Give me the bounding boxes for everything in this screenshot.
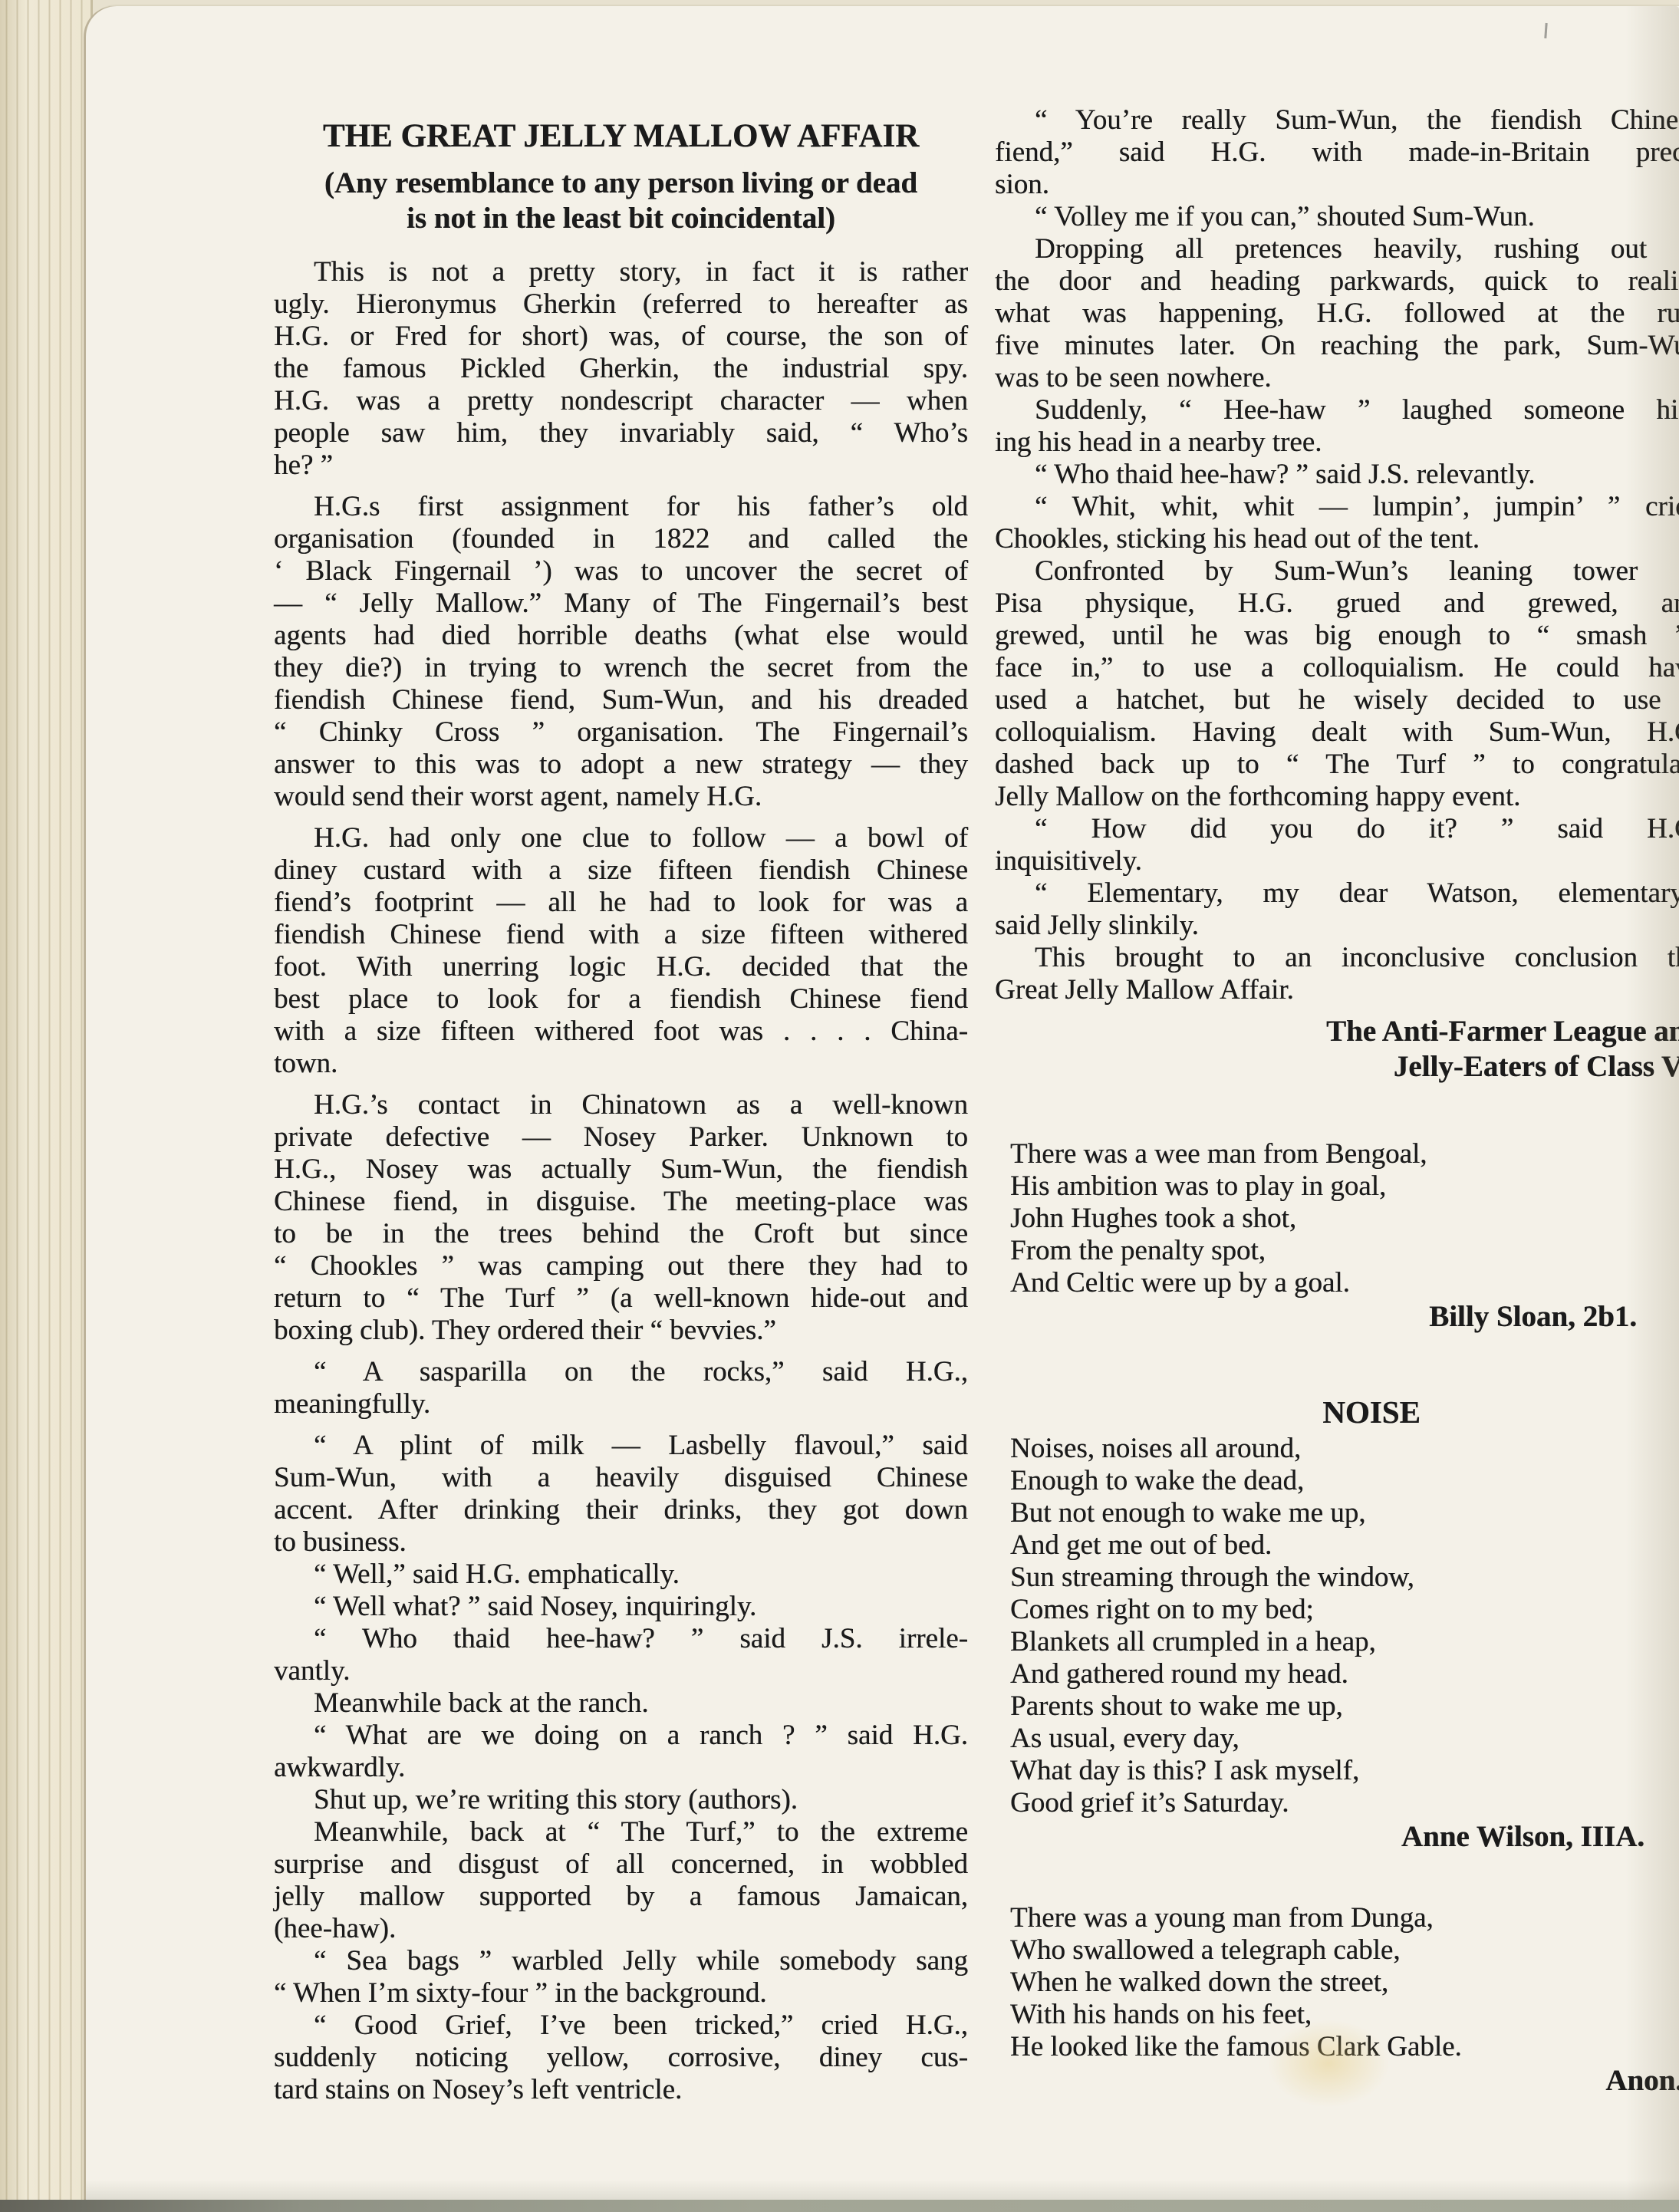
- text-line: would send their worst agent, namely H.G…: [274, 781, 968, 813]
- text-line: Confronted by Sum-Wun’s leaning tower of: [995, 555, 1679, 588]
- text-line: H.G. was a pretty nondescript character …: [274, 385, 968, 417]
- paragraph: Dropping all pretences heavily, rushing …: [995, 233, 1679, 394]
- story-text-right: “ You’re really Sum-Wun, the fiendish Ch…: [995, 104, 1679, 1006]
- text-line: “ Good Grief, I’ve been tricked,” cried …: [274, 2010, 968, 2042]
- poem-line: As usual, every day,: [995, 1723, 1679, 1755]
- text-line: Meanwhile back at the ranch.: [274, 1687, 968, 1720]
- text-line: he? ”: [274, 449, 968, 482]
- paragraph: “ Sea bags ” warbled Jelly while somebod…: [274, 1945, 968, 2010]
- text-line: “ What are we doing on a ranch ? ” said …: [274, 1720, 968, 1752]
- paragraph: H.G.s first assignment for his father’s …: [274, 491, 968, 813]
- text-line: five minutes later. On reaching the park…: [995, 330, 1679, 362]
- poem-line: Good grief it’s Saturday.: [995, 1787, 1679, 1819]
- paragraph: “ Who thaid hee-haw? ” said J.S. irrele-…: [274, 1623, 968, 1687]
- story-text-left: This is not a pretty story, in fact it i…: [274, 256, 968, 2106]
- text-line: This brought to an inconclusive conclusi…: [995, 942, 1679, 974]
- text-line: to business.: [274, 1526, 968, 1559]
- text-line: private defective — Nosey Parker. Unknow…: [274, 1121, 968, 1154]
- poem-line: Noises, noises all around,: [995, 1433, 1679, 1465]
- scan-artifact-mark: [1544, 23, 1547, 38]
- text-line: Great Jelly Mallow Affair.: [995, 974, 1679, 1006]
- text-line: best place to look for a fiendish Chines…: [274, 983, 968, 1015]
- poem-byline: Billy Sloan, 2b1.: [995, 1299, 1679, 1335]
- text-line: return to “ The Turf ” (a well-known hid…: [274, 1282, 968, 1315]
- text-line: fiend,” said H.G. with made-in-Britain p…: [995, 137, 1679, 169]
- poem-line: Enough to wake the dead,: [995, 1465, 1679, 1497]
- text-line: “ Who thaid hee-haw? ” said J.S. relevan…: [995, 459, 1679, 491]
- poem-line: From the penalty spot,: [995, 1235, 1679, 1267]
- text-line: “ Chookles ” was camping out there they …: [274, 1250, 968, 1282]
- paragraph: Suddenly, “ Hee-haw ” laughed someone hi…: [995, 394, 1679, 459]
- text-line: “ Well,” said H.G. emphatically.: [274, 1559, 968, 1591]
- text-line: “ Elementary, my dear Watson, elementary…: [995, 877, 1679, 910]
- paragraph: “ How did you do it? ” said H.G.inquisit…: [995, 813, 1679, 877]
- poem-line: There was a wee man from Bengoal,: [995, 1138, 1679, 1170]
- story-byline: The Anti-Farmer League andJelly-Eaters o…: [995, 1014, 1679, 1085]
- poem-line: But not enough to wake me up,: [995, 1497, 1679, 1529]
- paragraph: “ Whit, whit, whit — lumpin’, jumpin’ ” …: [995, 491, 1679, 555]
- text-line: “ Volley me if you can,” shouted Sum-Wun…: [995, 201, 1679, 233]
- text-line: said Jelly slinkily.: [995, 910, 1679, 942]
- poem-byline: Anon.: [995, 2063, 1679, 2098]
- text-line: “ A plint of milk — Lasbelly flavoul,” s…: [274, 1430, 968, 1462]
- text-line: Sum-Wun, with a heavily disguised Chines…: [274, 1462, 968, 1494]
- paragraph: “ You’re really Sum-Wun, the fiendish Ch…: [995, 104, 1679, 201]
- poem-lines: There was a young man from Dunga,Who swa…: [995, 1902, 1679, 2063]
- left-column: THE GREAT JELLY MALLOW AFFAIR (Any resem…: [274, 118, 968, 2106]
- text-line: Shut up, we’re writing this story (autho…: [274, 1784, 968, 1816]
- text-line: what was happening, H.G. followed at the…: [995, 298, 1679, 330]
- story-title: THE GREAT JELLY MALLOW AFFAIR: [274, 118, 968, 155]
- poem-line: Who swallowed a telegraph cable,: [995, 1934, 1679, 1967]
- paragraph: “ Well,” said H.G. emphatically.: [274, 1559, 968, 1591]
- paragraph: “ Well what? ” said Nosey, inquiringly.: [274, 1591, 968, 1623]
- text-line: dashed back up to “ The Turf ” to congra…: [995, 749, 1679, 781]
- subtitle-line: (Any resemblance to any person living or…: [274, 166, 968, 201]
- text-line: H.G.s first assignment for his father’s …: [274, 491, 968, 523]
- text-line: people saw him, they invariably said, “ …: [274, 417, 968, 449]
- text-line: “ Who thaid hee-haw? ” said J.S. irrele-: [274, 1623, 968, 1655]
- text-line: tard stains on Nosey’s left ventricle.: [274, 2074, 968, 2106]
- text-line: surprise and disgust of all concerned, i…: [274, 1848, 968, 1881]
- text-line: they die?) in trying to wrench the secre…: [274, 652, 968, 684]
- text-line: town.: [274, 1048, 968, 1080]
- text-line: with a size fifteen withered foot was . …: [274, 1015, 968, 1048]
- text-line: fiend’s footprint — all he had to look f…: [274, 887, 968, 919]
- poem-line: There was a young man from Dunga,: [995, 1902, 1679, 1934]
- text-line: face in,” to use a colloquialism. He cou…: [995, 652, 1679, 684]
- text-line: ing his head in a nearby tree.: [995, 426, 1679, 459]
- paragraph: “ What are we doing on a ranch ? ” said …: [274, 1720, 968, 1784]
- text-line: H.G., Nosey was actually Sum-Wun, the fi…: [274, 1154, 968, 1186]
- paragraph: Shut up, we’re writing this story (autho…: [274, 1784, 968, 1816]
- text-line: “ Whit, whit, whit — lumpin’, jumpin’ ” …: [995, 491, 1679, 523]
- poem-line: What day is this? I ask myself,: [995, 1755, 1679, 1787]
- poem-title: NOISE: [995, 1394, 1679, 1430]
- text-line: grewed, until he was big enough to “ sma…: [995, 620, 1679, 652]
- poems-section: There was a wee man from Bengoal,His amb…: [995, 1138, 1679, 2098]
- text-line: vantly.: [274, 1655, 968, 1687]
- text-line: Pisa physique, H.G. grued and grewed, an…: [995, 588, 1679, 620]
- text-line: organisation (founded in 1822 and called…: [274, 523, 968, 555]
- poem-line: And gathered round my head.: [995, 1658, 1679, 1690]
- paragraph: “ A sasparilla on the rocks,” said H.G.,…: [274, 1356, 968, 1420]
- text-line: fiendish Chinese fiend with a size fifte…: [274, 919, 968, 951]
- text-line: boxing club). They ordered their “ bevvi…: [274, 1315, 968, 1347]
- text-line: meaningfully.: [274, 1388, 968, 1420]
- paragraph: “ A plint of milk — Lasbelly flavoul,” s…: [274, 1430, 968, 1559]
- paragraph: Confronted by Sum-Wun’s leaning tower of…: [995, 555, 1679, 813]
- poem-line: Sun streaming through the window,: [995, 1562, 1679, 1594]
- text-line: Chinese fiend, in disguise. The meeting-…: [274, 1186, 968, 1218]
- text-line: diney custard with a size fifteen fiendi…: [274, 854, 968, 887]
- text-line: awkwardly.: [274, 1752, 968, 1784]
- text-line: H.G.’s contact in Chinatown as a well-kn…: [274, 1089, 968, 1121]
- text-line: “ Sea bags ” warbled Jelly while somebod…: [274, 1945, 968, 1977]
- paragraph: This brought to an inconclusive conclusi…: [995, 942, 1679, 1006]
- poem-lines: Noises, noises all around,Enough to wake…: [995, 1433, 1679, 1819]
- poem-line: And Celtic were up by a goal.: [995, 1267, 1679, 1299]
- text-line: Meanwhile, back at “ The Turf,” to the e…: [274, 1816, 968, 1848]
- text-line: fiendish Chinese fiend, Sum-Wun, and his…: [274, 684, 968, 716]
- poem-line: Parents shout to wake me up,: [995, 1690, 1679, 1723]
- text-line: “ You’re really Sum-Wun, the fiendish Ch…: [995, 104, 1679, 137]
- text-line: “ A sasparilla on the rocks,” said H.G.,: [274, 1356, 968, 1388]
- text-line: was to be seen nowhere.: [995, 362, 1679, 394]
- poem-line: John Hughes took a shot,: [995, 1203, 1679, 1235]
- text-line: H.G. had only one clue to follow — a bow…: [274, 822, 968, 854]
- magazine-page: THE GREAT JELLY MALLOW AFFAIR (Any resem…: [86, 6, 1679, 2200]
- poem-byline: Anne Wilson, IIIA.: [995, 1819, 1679, 1855]
- paragraph: “ Volley me if you can,” shouted Sum-Wun…: [995, 201, 1679, 233]
- story-byline-line: Jelly-Eaters of Class VI.: [995, 1049, 1679, 1085]
- text-line: agents had died horrible deaths (what el…: [274, 620, 968, 652]
- text-line: This is not a pretty story, in fact it i…: [274, 256, 968, 288]
- paragraph: “ Good Grief, I’ve been tricked,” cried …: [274, 2010, 968, 2106]
- text-line: foot. With unerring logic H.G. decided t…: [274, 951, 968, 983]
- text-line: to be in the trees behind the Croft but …: [274, 1218, 968, 1250]
- text-line: Dropping all pretences heavily, rushing …: [995, 233, 1679, 265]
- text-line: Suddenly, “ Hee-haw ” laughed someone hi…: [995, 394, 1679, 426]
- paragraph: “ Elementary, my dear Watson, elementary…: [995, 877, 1679, 942]
- text-line: (hee-haw).: [274, 1913, 968, 1945]
- text-line: the door and heading parkwards, quick to…: [995, 265, 1679, 298]
- text-line: “ When I’m sixty-four ” in the backgroun…: [274, 1977, 968, 2010]
- poem: There was a young man from Dunga,Who swa…: [995, 1902, 1679, 2098]
- text-line: the famous Pickled Gherkin, the industri…: [274, 353, 968, 385]
- text-line: ugly. Hieronymus Gherkin (referred to he…: [274, 288, 968, 321]
- poem-lines: There was a wee man from Bengoal,His amb…: [995, 1138, 1679, 1299]
- poem-line: His ambition was to play in goal,: [995, 1170, 1679, 1203]
- paragraph: H.G.’s contact in Chinatown as a well-kn…: [274, 1089, 968, 1347]
- text-line: colloquialism. Having dealt with Sum-Wun…: [995, 716, 1679, 749]
- text-line: Chookles, sticking his head out of the t…: [995, 523, 1679, 555]
- text-line: H.G. or Fred for short) was, of course, …: [274, 321, 968, 353]
- paragraph: “ Who thaid hee-haw? ” said J.S. relevan…: [995, 459, 1679, 491]
- text-line: “ How did you do it? ” said H.G.: [995, 813, 1679, 845]
- paragraph: Meanwhile back at the ranch.: [274, 1687, 968, 1720]
- right-column: “ You’re really Sum-Wun, the fiendish Ch…: [995, 104, 1679, 2098]
- text-line: suddenly noticing yellow, corrosive, din…: [274, 2042, 968, 2074]
- poem: NOISENoises, noises all around,Enough to…: [995, 1394, 1679, 1855]
- text-line: sion.: [995, 169, 1679, 201]
- poem-line: Blankets all crumpled in a heap,: [995, 1626, 1679, 1658]
- text-line: answer to this was to adopt a new strate…: [274, 749, 968, 781]
- text-line: accent. After drinking their drinks, the…: [274, 1494, 968, 1526]
- poem-line: With his hands on his feet,: [995, 1999, 1679, 2031]
- subtitle-line: is not in the least bit coincidental): [274, 201, 968, 236]
- paragraph: Meanwhile, back at “ The Turf,” to the e…: [274, 1816, 968, 1945]
- text-line: “ Chinky Cross ” organisation. The Finge…: [274, 716, 968, 749]
- text-line: — “ Jelly Mallow.” Many of The Fingernai…: [274, 588, 968, 620]
- poem: There was a wee man from Bengoal,His amb…: [995, 1138, 1679, 1335]
- text-line: “ Well what? ” said Nosey, inquiringly.: [274, 1591, 968, 1623]
- poem-line: He looked like the famous Clark Gable.: [995, 2031, 1679, 2063]
- story-byline-line: The Anti-Farmer League and: [995, 1014, 1679, 1049]
- story-subtitle: (Any resemblance to any person living or…: [274, 166, 968, 236]
- text-line: inquisitively.: [995, 845, 1679, 877]
- text-line: Jelly Mallow on the forthcoming happy ev…: [995, 781, 1679, 813]
- scan-bottom-shadow: [0, 2200, 1679, 2212]
- text-line: used a hatchet, but he wisely decided to…: [995, 684, 1679, 716]
- paragraph: This is not a pretty story, in fact it i…: [274, 256, 968, 482]
- paragraph: H.G. had only one clue to follow — a bow…: [274, 822, 968, 1080]
- text-line: jelly mallow supported by a famous Jamai…: [274, 1881, 968, 1913]
- poem-line: And get me out of bed.: [995, 1529, 1679, 1562]
- book-page-edges: [0, 0, 93, 2212]
- poem-line: Comes right on to my bed;: [995, 1594, 1679, 1626]
- poem-line: When he walked down the street,: [995, 1967, 1679, 1999]
- text-line: ‘ Black Fingernail ’) was to uncover the…: [274, 555, 968, 588]
